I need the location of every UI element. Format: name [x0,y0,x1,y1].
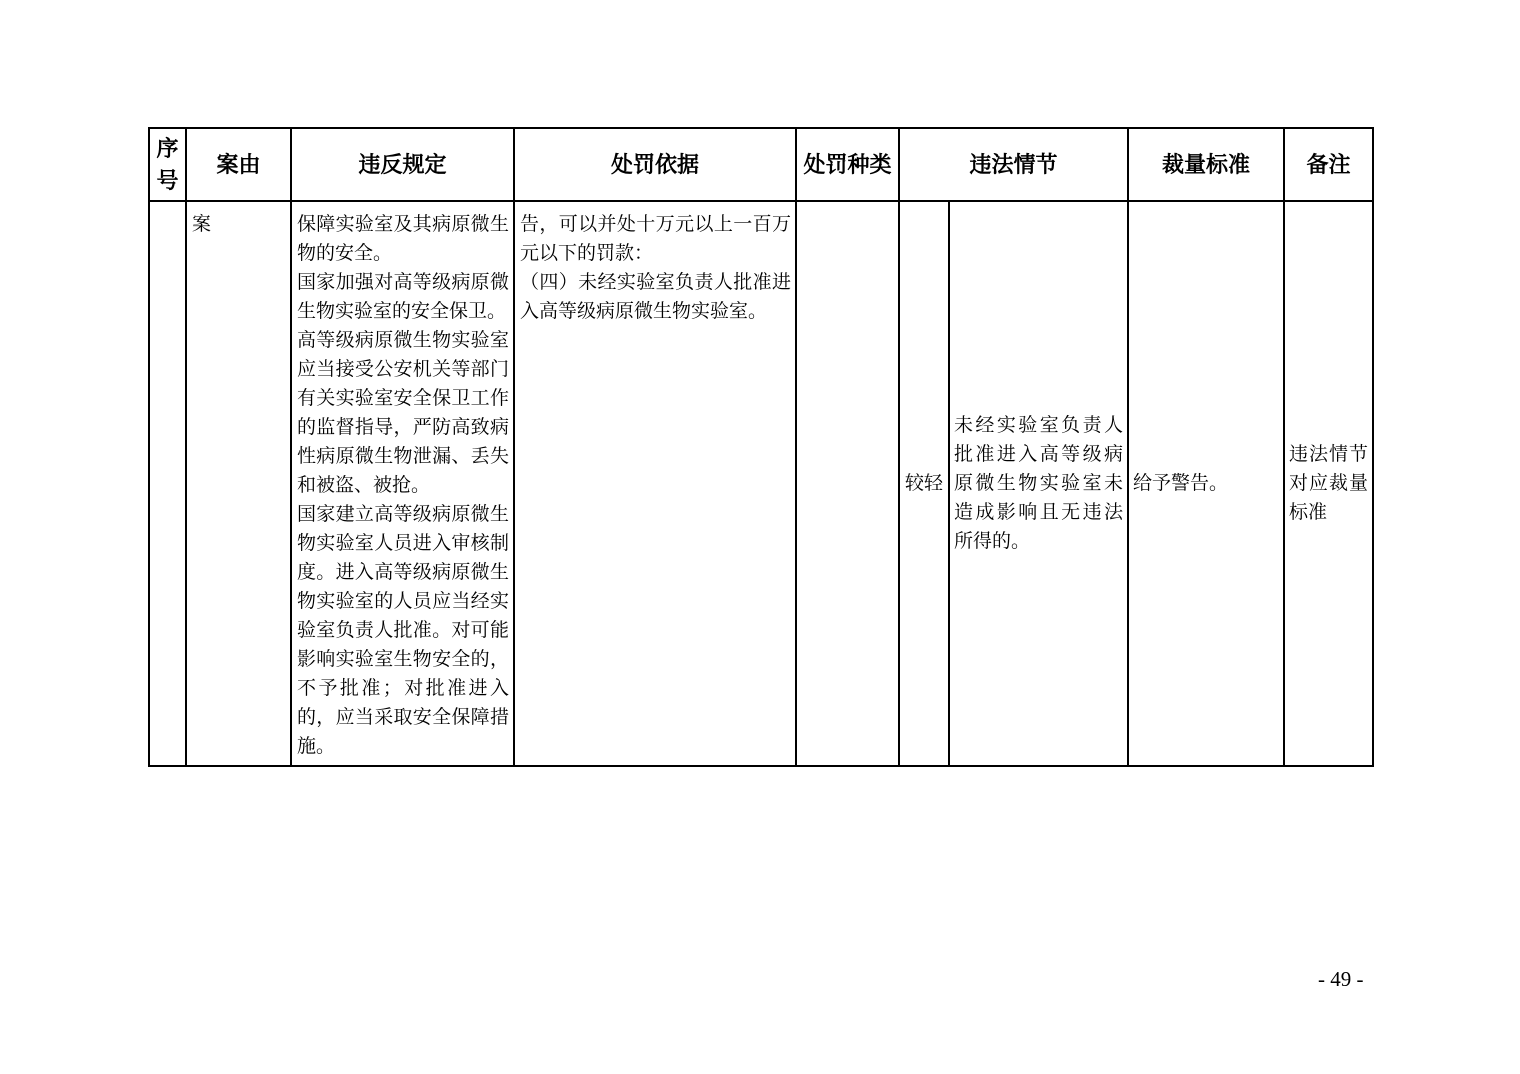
cell-case-cause: 案 [186,201,291,766]
cell-remark: 违法情节对应裁量标准 [1284,201,1373,766]
cell-discretion-standard: 给予警告。 [1128,201,1284,766]
cell-circumstance: 未经实验室负责人批准进入高等级病原微生物实验室未造成影响且无违法所得的。 [949,201,1128,766]
header-seq-no: 序号 [149,128,186,201]
violated-regulation-paragraph: 高等级病原微生物实验室应当接受公安机关等部门有关实验室安全保卫工作的监督指导，严… [297,326,509,500]
remark-text: 违法情节对应裁量标准 [1285,440,1372,527]
page-number: - 49 - [1318,967,1364,992]
table-row: 案 保障实验室及其病原微生物的安全。 国家加强对高等级病原微生物实验室的安全保卫… [149,201,1373,766]
header-discretion-standard: 裁量标准 [1128,128,1284,201]
case-cause-text: 案 [187,202,290,243]
header-penalty-basis: 处罚依据 [514,128,796,201]
violated-regulation-paragraph: 保障实验室及其病原微生物的安全。 [297,210,509,268]
severity-text: 较轻 [900,469,948,498]
violated-regulation-paragraph: 国家建立高等级病原微生物实验室人员进入审核制度。进入高等级病原微生物实验室的人员… [297,500,509,761]
penalty-basis-paragraph: （四）未经实验室负责人批准进入高等级病原微生物实验室。 [520,268,791,326]
header-violated-regulation: 违反规定 [291,128,514,201]
cell-penalty-type [796,201,899,766]
cell-penalty-basis: 告，可以并处十万元以上一百万元以下的罚款： （四）未经实验室负责人批准进入高等级… [514,201,796,766]
header-illegal-circumstance: 违法情节 [899,128,1128,201]
circumstance-text: 未经实验室负责人批准进入高等级病原微生物实验室未造成影响且无违法所得的。 [950,411,1127,556]
header-penalty-type: 处罚种类 [796,128,899,201]
discretion-standard-text: 给予警告。 [1129,469,1283,498]
violated-regulation-paragraph: 国家加强对高等级病原微生物实验室的安全保卫。 [297,268,509,326]
penalty-basis-paragraph: 告，可以并处十万元以上一百万元以下的罚款： [520,210,791,268]
table-header-row: 序号 案由 违反规定 处罚依据 处罚种类 违法情节 裁量标准 备注 [149,128,1373,201]
cell-seq-no [149,201,186,766]
cell-violated-regulation: 保障实验室及其病原微生物的安全。 国家加强对高等级病原微生物实验室的安全保卫。 … [291,201,514,766]
penalty-discretion-table: 序号 案由 违反规定 处罚依据 处罚种类 违法情节 裁量标准 备注 案 保障实验… [148,127,1374,767]
header-remark: 备注 [1284,128,1373,201]
cell-severity: 较轻 [899,201,949,766]
header-case-cause: 案由 [186,128,291,201]
